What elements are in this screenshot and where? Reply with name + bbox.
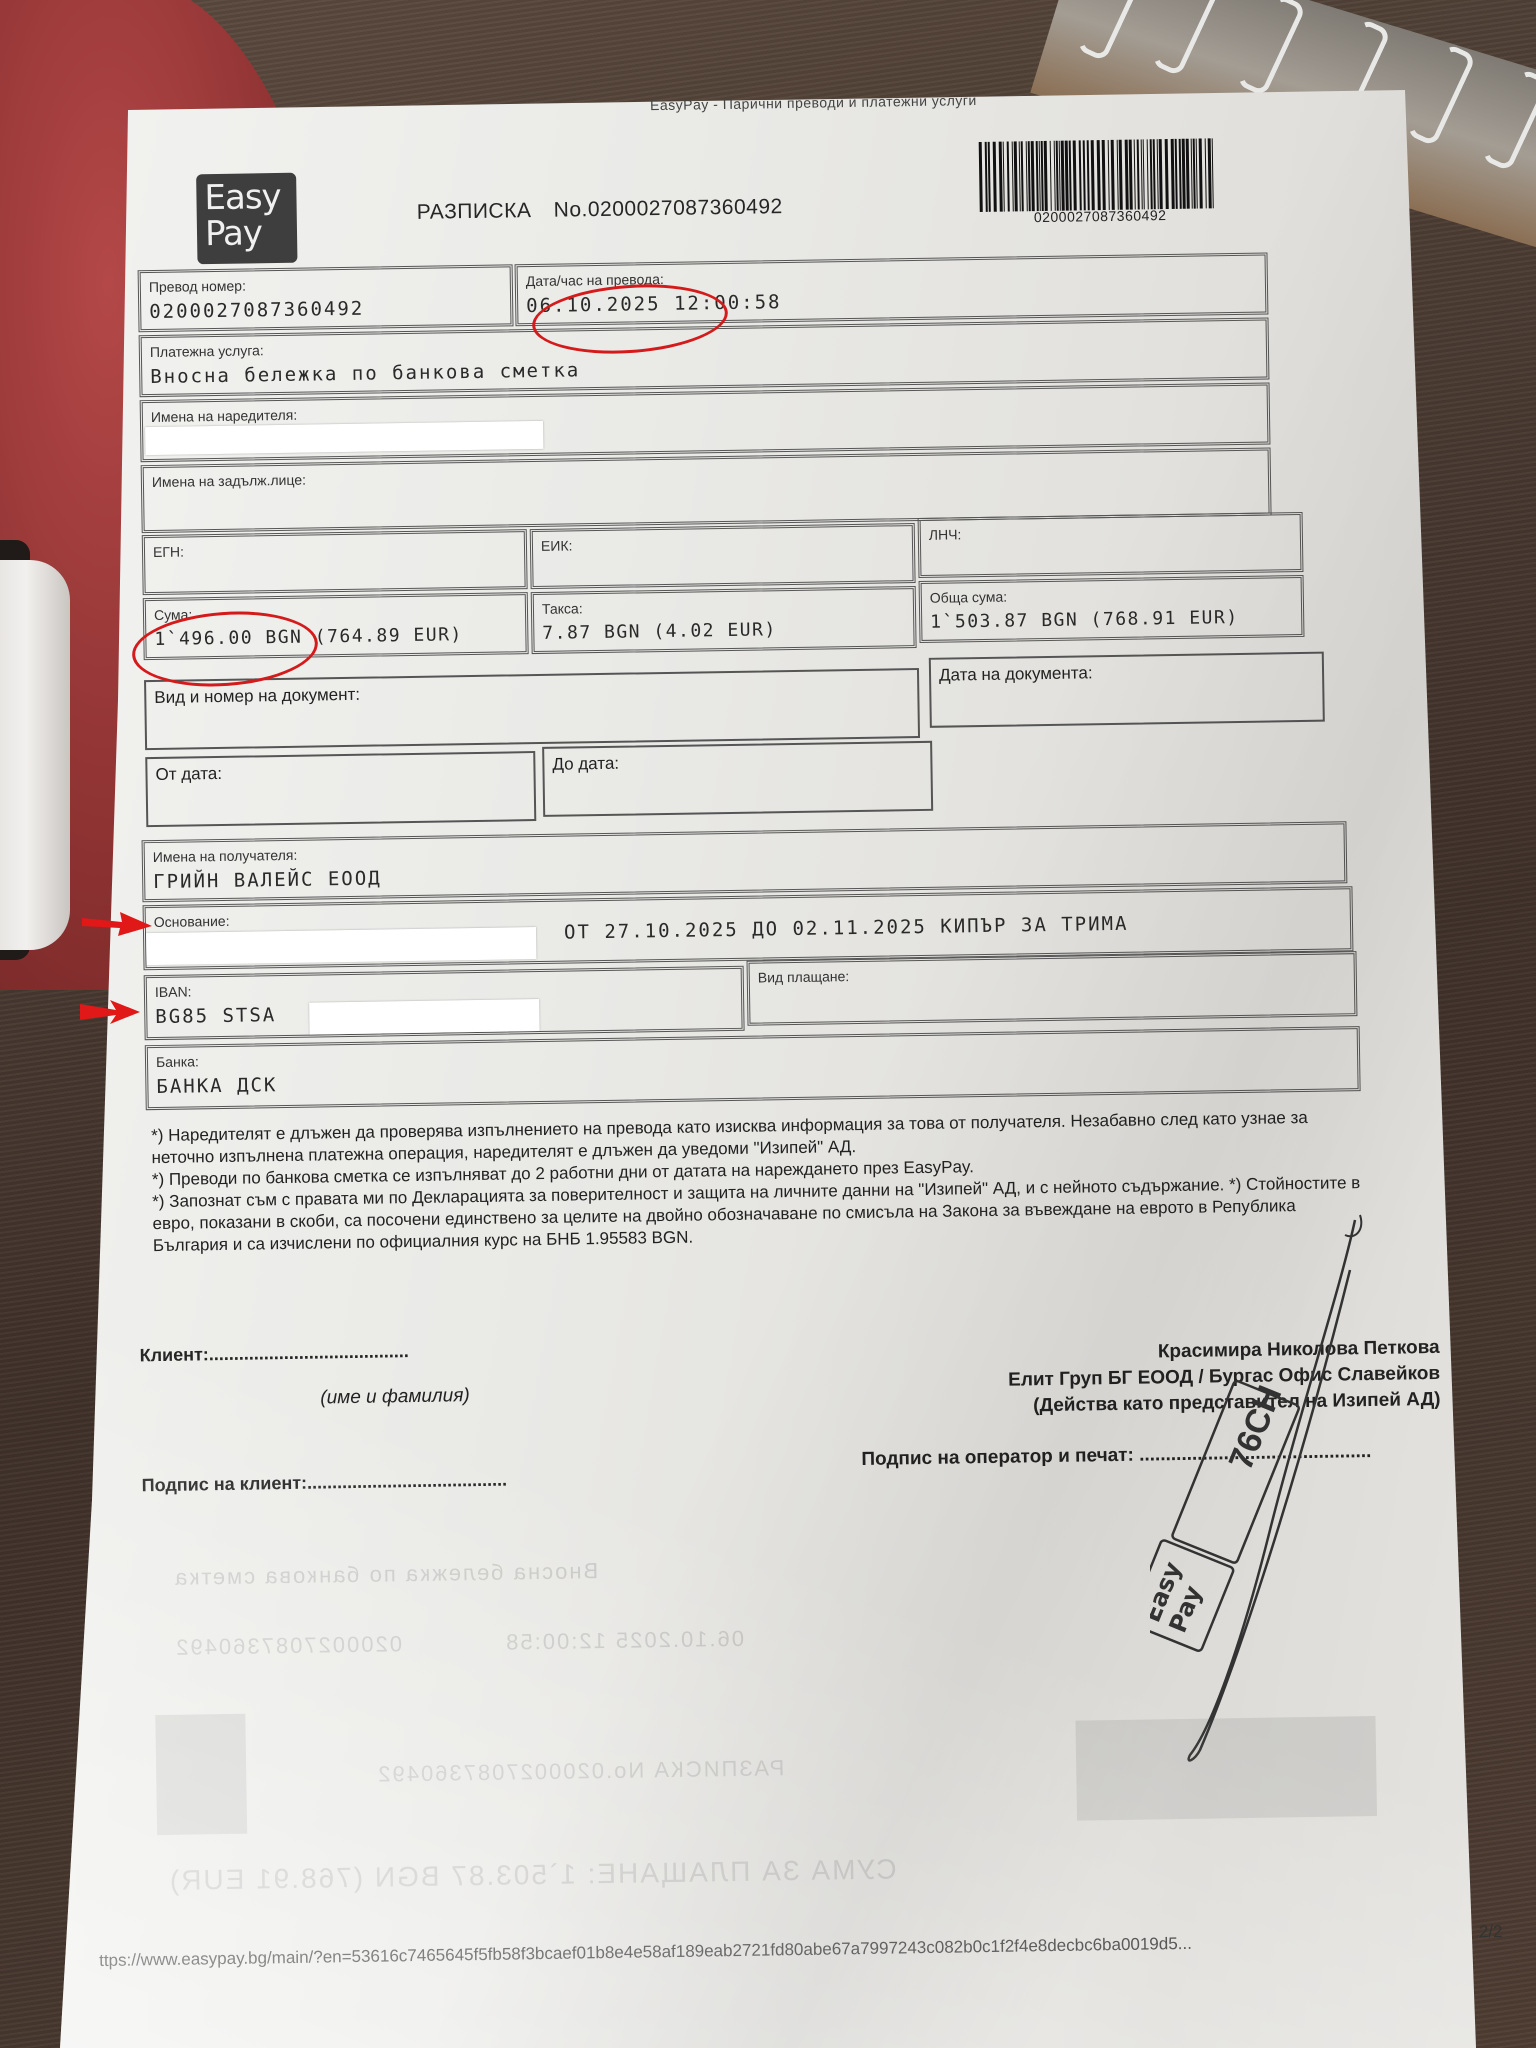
field-lnch: ЛНЧ: <box>918 512 1304 578</box>
field-label: До дата: <box>552 749 922 775</box>
barcode-bar <box>1212 138 1214 208</box>
barcode-bar <box>1044 141 1048 211</box>
client-name-hint: (име и фамилия) <box>320 1385 470 1409</box>
barcode-bar <box>1129 140 1133 210</box>
field-from-date: От дата: <box>145 751 536 827</box>
barcode-bar <box>1134 140 1136 210</box>
field-egn: ЕГН: <box>142 529 528 595</box>
show-through-text: 0200027087360492 <box>174 1631 402 1661</box>
red-arrow-basis-icon <box>80 1000 150 1024</box>
barcode-bar <box>1091 140 1095 210</box>
field-label: Имена на наредителя: <box>151 392 1259 425</box>
barcode-bar <box>1079 140 1082 210</box>
barcode-bar <box>988 142 991 212</box>
barcode-number: 0200027087360492 <box>1034 207 1167 225</box>
show-through-logo <box>155 1714 247 1835</box>
redaction-iban <box>309 999 539 1035</box>
barcode-bar <box>1205 138 1207 208</box>
field-total: Обща сума: 1`503.87 BGN (768.91 EUR) <box>919 575 1305 643</box>
barcode-bar <box>1165 139 1169 209</box>
field-value: 7.87 BGN (4.02 EUR) <box>542 617 905 644</box>
barcode-bar <box>1021 141 1024 211</box>
field-bank: Банка: БАНКА ДСК <box>145 1026 1361 1110</box>
barcode-bar <box>1196 139 1198 209</box>
field-label: Такса: <box>542 595 905 617</box>
barcode-bar <box>1119 140 1123 210</box>
barcode-bar <box>1175 139 1178 209</box>
logo-line-2: Pay <box>205 215 298 252</box>
page-number: 2/2 <box>1479 1922 1503 1942</box>
field-to-date: До дата: <box>542 741 933 817</box>
barcode-bar <box>1199 138 1203 208</box>
field-label: Вид плащане: <box>758 960 1346 985</box>
barcode-bar <box>1097 140 1101 210</box>
field-label: Превод номер: <box>149 273 502 295</box>
barcode-bar <box>1186 139 1190 209</box>
barcode-bar <box>1137 139 1140 209</box>
field-label: Имена на задълж.лице: <box>152 457 1260 490</box>
field-value: 0200027087360492 <box>149 295 502 323</box>
page-header: EasyPay - Парични преводи и платежни усл… <box>650 92 977 113</box>
field-label: ЕИК: <box>541 532 904 554</box>
barcode-bar <box>1147 139 1149 209</box>
barcode-bar <box>993 142 997 212</box>
show-through-text: 06.10.2025 12:00:58 <box>504 1626 744 1656</box>
field-label: ЕГН: <box>153 538 516 560</box>
show-through-text: РАЗПИСКА No.0200027087360492 <box>376 1755 784 1787</box>
field-value: 1`503.87 BGN (768.91 EUR) <box>930 606 1293 633</box>
client-signature-line: Подпис на клиент:.......................… <box>142 1470 508 1497</box>
barcode-bar <box>1083 140 1086 210</box>
background-white-object <box>0 560 70 950</box>
field-document-date: Дата на документа: <box>929 652 1325 728</box>
logo-line-1: Easy <box>204 179 297 216</box>
barcode-bar <box>1087 140 1090 210</box>
receipt-title-text: РАЗПИСКА <box>417 199 532 224</box>
show-through-text: СУМА ЗА ПЛАЩАНЕ: 1`503.87 BGN (768.91 EU… <box>168 1853 897 1896</box>
barcode-bar <box>1073 140 1077 210</box>
barcode-bar <box>1102 140 1106 210</box>
show-through-text: Вносна бележка по банкова сметка <box>173 1558 598 1591</box>
barcode <box>979 138 1230 212</box>
field-fee: Такса: 7.87 BGN (4.02 EUR) <box>531 586 917 654</box>
field-label: Вид и номер на документ: <box>154 676 909 708</box>
field-label: IBAN: <box>155 975 733 1000</box>
barcode-bar <box>1143 139 1145 209</box>
barcode-bar <box>1014 141 1018 211</box>
barcode-bar <box>1069 141 1072 211</box>
barcode-bar <box>1108 140 1110 210</box>
field-transfer-number: Превод номер: 0200027087360492 <box>138 264 514 332</box>
operator-stamp-and-signature: 76СН Easy Pay <box>1150 1210 1410 1770</box>
field-label: Дата на документа: <box>939 660 1314 686</box>
red-arrow-recipient-icon <box>82 912 152 936</box>
field-label: ЛНЧ: <box>929 521 1292 543</box>
barcode-bar <box>1153 139 1156 209</box>
barcode-bar <box>1031 141 1035 211</box>
field-label: Обща сума: <box>930 584 1293 606</box>
barcode-bar <box>1003 142 1005 212</box>
redaction-basis <box>146 927 536 965</box>
stamp-code: 76СН <box>1222 1380 1290 1475</box>
receipt-title: РАЗПИСКА No.0200027087360492 <box>417 195 783 225</box>
receipt-number: No.0200027087360492 <box>554 195 783 222</box>
client-name-line: Клиент:.................................… <box>139 1341 409 1366</box>
barcode-bar <box>979 142 983 212</box>
barcode-bar <box>1159 139 1163 209</box>
field-eik: ЕИК: <box>530 523 916 589</box>
barcode-bar <box>1111 140 1115 210</box>
field-label: От дата: <box>155 759 525 785</box>
barcode-bar <box>1007 142 1010 212</box>
field-payment-type: Вид плащане: <box>747 951 1358 1026</box>
footer-url: ttps://www.easypay.bg/main/?en=53616c746… <box>99 1931 1399 1971</box>
barcode-bar <box>1050 141 1052 211</box>
easypay-logo: Easy Pay <box>196 173 297 265</box>
